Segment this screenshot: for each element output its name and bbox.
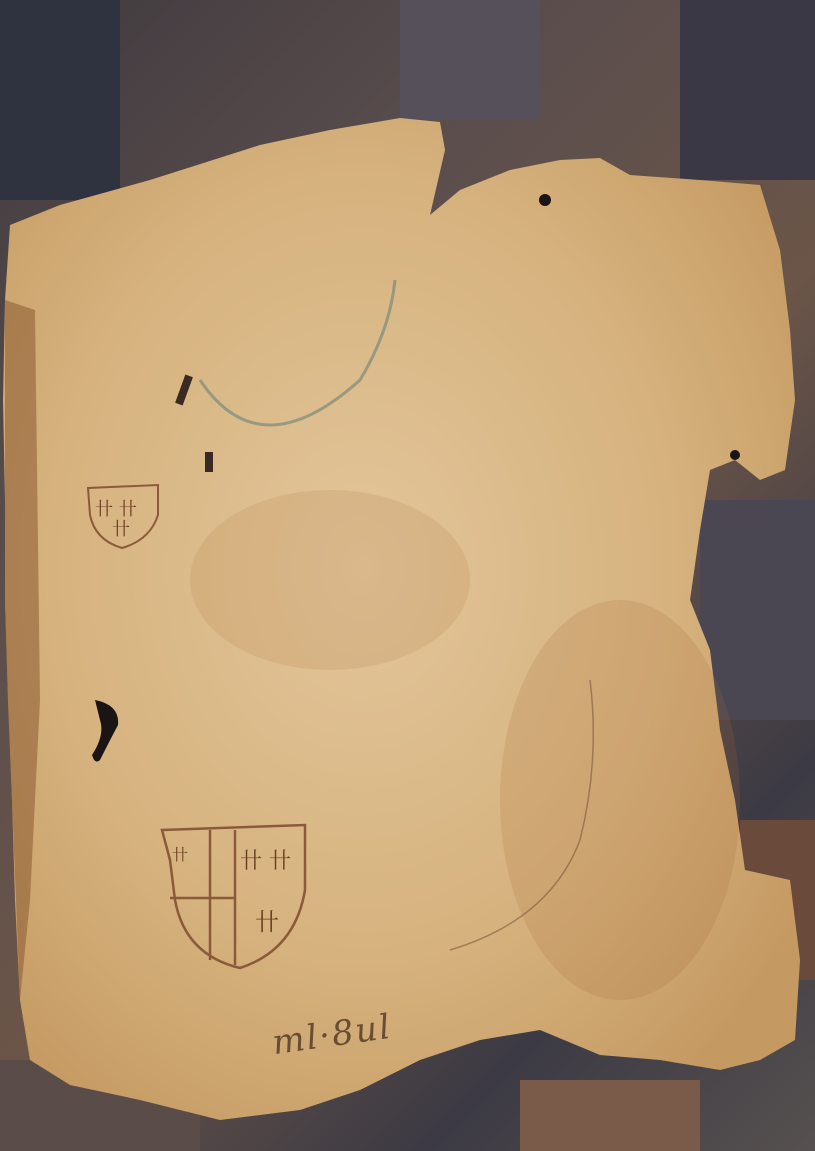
- svg-text:卄 卄: 卄 卄: [95, 499, 137, 520]
- svg-text:卄: 卄: [255, 908, 279, 936]
- svg-text:卄: 卄: [112, 519, 130, 540]
- svg-text:卄 卄: 卄 卄: [240, 849, 291, 874]
- svg-text:卄: 卄: [172, 845, 188, 864]
- parchment: 卄 卄 卄 卄 卄 卄 卄: [0, 0, 815, 1151]
